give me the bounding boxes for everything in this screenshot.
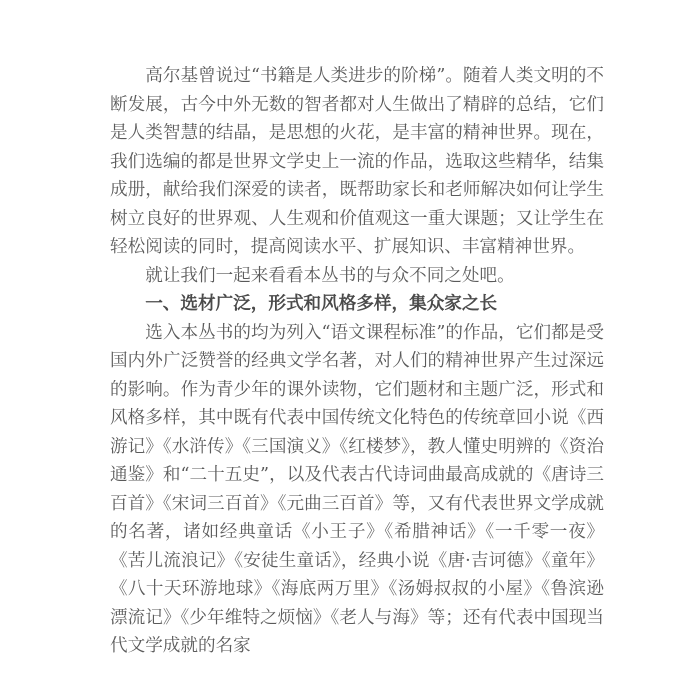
section-body-paragraph: 选入本丛书的均为列入“语文课程标准”的作品，它们都是受国内外广泛赞誉的经典文学名… <box>110 319 604 661</box>
intro-paragraph: 高尔基曾说过“书籍是人类进步的阶梯”。随着人类文明的不断发展，古今中外无数的智者… <box>110 62 604 262</box>
section-heading: 一、选材广泛，形式和风格多样，集众家之长 <box>110 290 604 319</box>
document-page: 高尔基曾说过“书籍是人类进步的阶梯”。随着人类文明的不断发展，古今中外无数的智者… <box>110 62 604 661</box>
transition-paragraph: 就让我们一起来看看本丛书的与众不同之处吧。 <box>110 262 604 291</box>
